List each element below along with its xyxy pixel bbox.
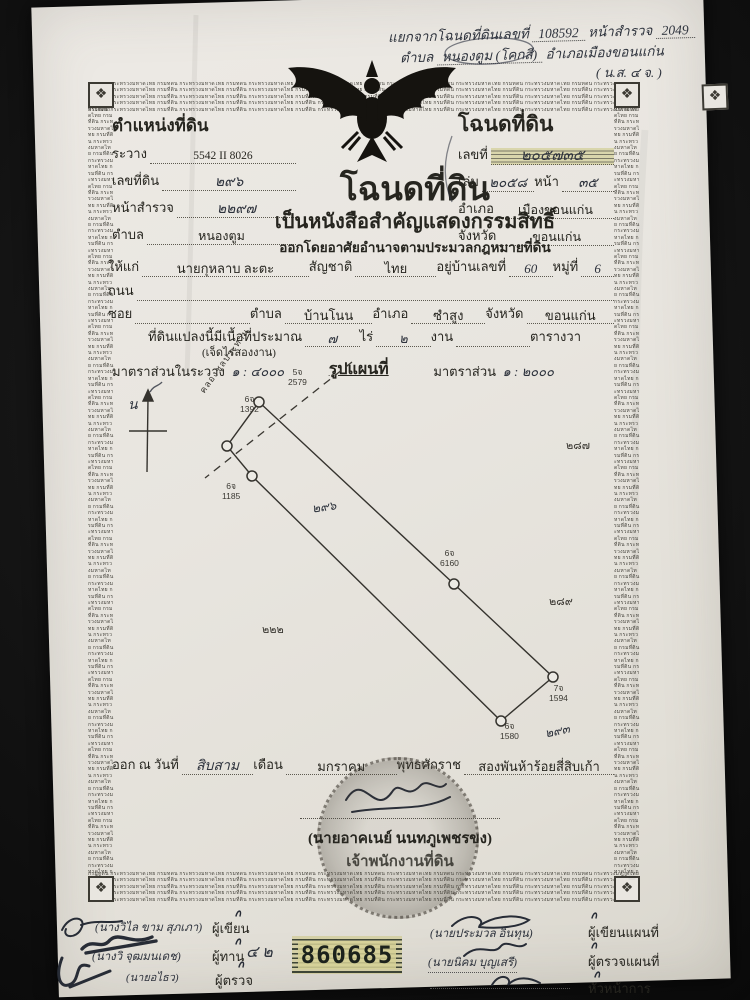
monument-label: 6จ1392 xyxy=(240,395,259,414)
split-from-label: แยกจากโฉนดที่ดินเลขที่ xyxy=(388,26,529,45)
soi-value xyxy=(135,323,250,324)
scale-row: มาตราส่วนในระวาง ๑ : ๔๐๐๐ รูปแผนที่ มาตร… xyxy=(112,357,614,382)
nationality-value: ไทย xyxy=(355,262,436,277)
house-no-label: อยู่บ้านเลขที่ xyxy=(436,256,509,277)
map-inspector-name: (นายนิคม บุญเสรี) xyxy=(428,954,517,973)
land-number-value: ๒๙๖ xyxy=(162,175,296,191)
map-writer-role: ผู้เขียนแผนที่ xyxy=(588,922,659,943)
split-from-deed-number: 108592 xyxy=(532,25,585,42)
adjacent-plot-number: ๒๘๗ xyxy=(566,436,590,454)
survey-page-label: หน้าสำรวจ xyxy=(588,23,653,40)
soi-label: ซอย xyxy=(108,303,135,324)
map-writer-name: (นายประมวล อินทุน) xyxy=(430,925,533,943)
monument-label: 6จ1580 xyxy=(500,722,519,741)
monument-label: 5จ2579 xyxy=(288,368,307,387)
corner-rosette-ornament: ❖ xyxy=(702,84,729,111)
signature-line xyxy=(300,818,500,819)
to-label: ให้แก่ xyxy=(108,256,142,277)
grantee-row: ให้แก่ นายกุหลาบ ละตะ สัญชาติ ไทย อยู่บ้… xyxy=(108,256,614,277)
border-right-microtext: กรมที่ดิน กระทรวงมหาดไทย กรมที่ดิน กระทร… xyxy=(614,82,640,902)
page-value: ๓๕ xyxy=(562,176,614,192)
writer-role: ผู้เขียน xyxy=(212,918,249,939)
monument-label: 6จ6160 xyxy=(440,549,459,568)
document-subtitle: เป็นหนังสือสำคัญแสดงกรรมสิทธิ์ xyxy=(225,205,605,237)
plot-number-handwritten: ๒๙๖ xyxy=(311,496,338,518)
serial-number: 860685 xyxy=(298,941,397,969)
issue-clause: ออกโดยอาศัยอำนาจตามประมวลกฎหมายที่ดิน xyxy=(245,236,585,258)
corner-rosette-ornament: ❖ xyxy=(614,82,640,108)
sheet-scale: มาตราส่วนในระวาง ๑ : ๔๐๐๐ xyxy=(112,361,284,382)
road-label: ถนน xyxy=(108,280,137,301)
issue-day-value: สิบสาม xyxy=(182,759,253,775)
rai-label: ไร่ xyxy=(360,326,377,347)
tambon-value: บ้านโนน xyxy=(285,309,373,324)
top-annotation-line3: ( น.ส. ๔ จ. ) xyxy=(596,62,662,83)
house-no-value: 60 xyxy=(509,262,552,277)
soi-row: ซอย ตำบล บ้านโนน อำเภอ ซำสูง จังหวัด ขอน… xyxy=(108,303,614,324)
tambon-label: ตำบล xyxy=(112,224,147,245)
ngan-label: งาน xyxy=(431,326,457,347)
checker-role: ผู้ทาน xyxy=(212,946,244,967)
ravang-value: 5542 II 8026 xyxy=(150,150,296,164)
amphoe-hw: อำเภอเมืองขอนแก่น xyxy=(545,44,664,62)
land-officer-name: (นายอาคเนย์ นนทภูเพชรขง) xyxy=(270,826,530,850)
wa-label: ตารางวา xyxy=(530,326,584,347)
corner-rosette-ornament: ❖ xyxy=(88,876,114,902)
inspector-name: (นายอไธว) xyxy=(126,968,179,986)
corner-rosette-ornament: ❖ xyxy=(88,82,114,108)
photo-background: แยกจากโฉนดที่ดินเลขที่ 108592 หน้าสำรวจ … xyxy=(0,0,750,1000)
deed-box-title: โฉนดที่ดิน xyxy=(458,108,614,141)
nationality-label: สัญชาติ xyxy=(309,256,356,277)
land-officer-role: เจ้าพนักงานที่ดิน xyxy=(300,849,500,873)
map-scale: มาตราส่วน ๑ : ๒๐๐๐ xyxy=(433,361,554,382)
map-figure-title: รูปแผนที่ xyxy=(329,357,389,382)
tambon-label-hw: ตำบล xyxy=(400,50,434,66)
amphoe-label: อำเภอ xyxy=(372,303,411,324)
area-ngan-value: ๒ xyxy=(376,332,430,347)
tambon-label: ตำบล xyxy=(250,303,285,324)
survey-page-label: หน้าสำรวจ xyxy=(112,197,177,218)
handwritten-check-numbers: ๔ ๒ xyxy=(246,940,273,965)
road-value xyxy=(137,300,614,301)
issue-year-value: สองพันห้าร้อยสี่สิบเก้า xyxy=(464,760,614,775)
issued-on-label: ออก ณ วันที่ xyxy=(112,754,182,775)
area-wa-value xyxy=(456,346,530,347)
writer-name: (นางวิไล ขาม สุภเภา) xyxy=(95,919,202,937)
moo-label: หมู่ที่ xyxy=(553,256,582,277)
month-label: เดือน xyxy=(253,754,286,775)
inspector-role: ผู้ตรวจ xyxy=(215,970,253,991)
north-label: น xyxy=(128,394,138,416)
map-inspector-role: ผู้ตรวจแผนที่ xyxy=(588,951,659,972)
monument-label: 6จ1185 xyxy=(222,482,240,501)
road-row: ถนน xyxy=(108,280,614,301)
position-box-title: ตำแหน่งที่ดิน xyxy=(112,112,296,139)
moo-value: 6 xyxy=(581,262,614,277)
adjacent-plot-number: ๒๘๙ xyxy=(549,592,573,610)
land-number-label: เลขที่ดิน xyxy=(112,170,162,191)
grantee-name: นายกุหลาบ ละตะ xyxy=(142,262,309,277)
ravang-label: ระวาง xyxy=(112,143,150,164)
head-officer-signature-line xyxy=(430,988,570,989)
checker-name: (นางวิ จุฒมนเดช) xyxy=(92,948,181,966)
monument-label: 7จ1594 xyxy=(549,684,568,703)
amphoe-value: ซำสูง xyxy=(411,309,485,324)
corner-rosette-ornament: ❖ xyxy=(614,876,640,902)
province-value: ขอนแก่น xyxy=(527,309,615,324)
survey-page-value: 2049 xyxy=(655,22,694,39)
adjacent-plot-number: ๒๒๒ xyxy=(262,620,284,638)
border-left-microtext: กรมที่ดิน กระทรวงมหาดไทย กรมที่ดิน กระทร… xyxy=(88,82,114,902)
serial-number-box: 860685 xyxy=(292,936,402,974)
head-officer-role: หัวหน้าการ xyxy=(588,978,651,999)
tambon-value-hw: หนองตูม (โคกสี) xyxy=(436,47,542,66)
province-label: จังหวัด xyxy=(485,303,526,324)
area-rai-value: ๗ xyxy=(305,332,359,347)
